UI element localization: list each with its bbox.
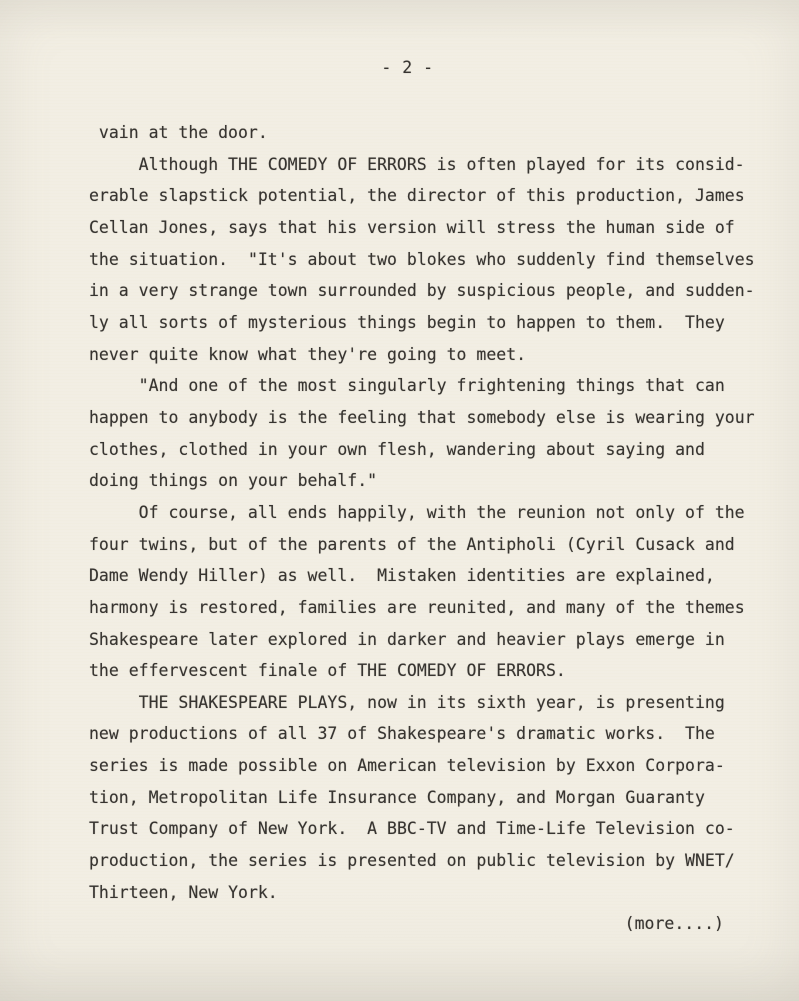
text-line: vain at the door. <box>89 117 755 149</box>
text-line: Of course, all ends happily, with the re… <box>89 497 755 529</box>
text-line: Trust Company of New York. A BBC-TV and … <box>89 813 755 845</box>
text-line: Thirteen, New York. <box>89 877 755 909</box>
body-text: vain at the door.Although THE COMEDY OF … <box>89 117 755 908</box>
text-line: new productions of all 37 of Shakespeare… <box>89 718 755 750</box>
text-line: harmony is restored, families are reunit… <box>89 592 755 624</box>
text-line: the situation. "It's about two blokes wh… <box>89 244 755 276</box>
text-line: never quite know what they're going to m… <box>89 339 755 371</box>
page-number: - 2 - <box>8 52 799 84</box>
text-line: THE SHAKESPEARE PLAYS, now in its sixth … <box>89 687 755 719</box>
text-line: erable slapstick potential, the director… <box>89 180 755 212</box>
text-line: the effervescent finale of THE COMEDY OF… <box>89 655 755 687</box>
text-line: tion, Metropolitan Life Insurance Compan… <box>89 782 755 814</box>
text-line: Dame Wendy Hiller) as well. Mistaken ide… <box>89 560 755 592</box>
text-line: Although THE COMEDY OF ERRORS is often p… <box>89 149 755 181</box>
text-line: "And one of the most singularly frighten… <box>89 370 755 402</box>
text-line: Shakespeare later explored in darker and… <box>89 624 755 656</box>
typewritten-page: - 2 - vain at the door.Although THE COME… <box>0 0 799 1001</box>
text-line: series is made possible on American tele… <box>89 750 755 782</box>
text-line: four twins, but of the parents of the An… <box>89 529 755 561</box>
text-line: happen to anybody is the feeling that so… <box>89 402 755 434</box>
text-line: clothes, clothed in your own flesh, wand… <box>89 434 755 466</box>
more-marker: (more....) <box>625 908 724 940</box>
text-line: Cellan Jones, says that his version will… <box>89 212 755 244</box>
text-line: production, the series is presented on p… <box>89 845 755 877</box>
text-line: ly all sorts of mysterious things begin … <box>89 307 755 339</box>
text-line: doing things on your behalf." <box>89 465 755 497</box>
text-line: in a very strange town surrounded by sus… <box>89 275 755 307</box>
